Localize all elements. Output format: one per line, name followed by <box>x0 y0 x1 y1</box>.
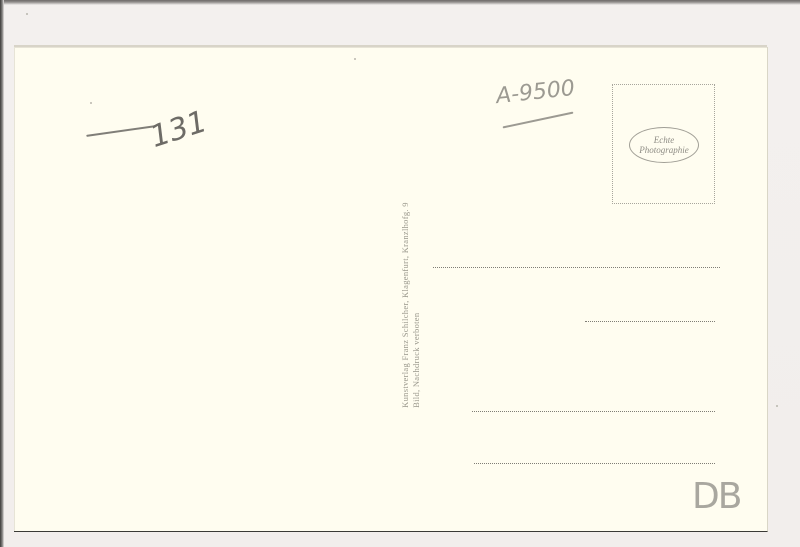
address-line-4 <box>474 463 715 464</box>
speck <box>776 405 778 407</box>
publisher-imprint: Kunstverlag Franz Schilcher, Klagenfurt,… <box>400 202 422 408</box>
publisher-line-2: Bild, Nachdruck verboten <box>411 202 422 408</box>
speck <box>354 58 356 60</box>
scan-left-edge <box>0 0 4 547</box>
logo-line-2: Photographie <box>639 145 689 155</box>
address-line-3 <box>472 411 715 412</box>
publisher-line-1: Kunstverlag Franz Schilcher, Klagenfurt,… <box>400 202 411 408</box>
photo-logo-icon: Echte Photographie <box>629 127 699 163</box>
address-line-2 <box>585 321 715 322</box>
speck <box>90 102 92 104</box>
speck <box>26 13 28 15</box>
address-line-1 <box>433 267 720 268</box>
logo-line-1: Echte <box>654 135 675 145</box>
handwritten-initials: DB <box>692 476 740 517</box>
